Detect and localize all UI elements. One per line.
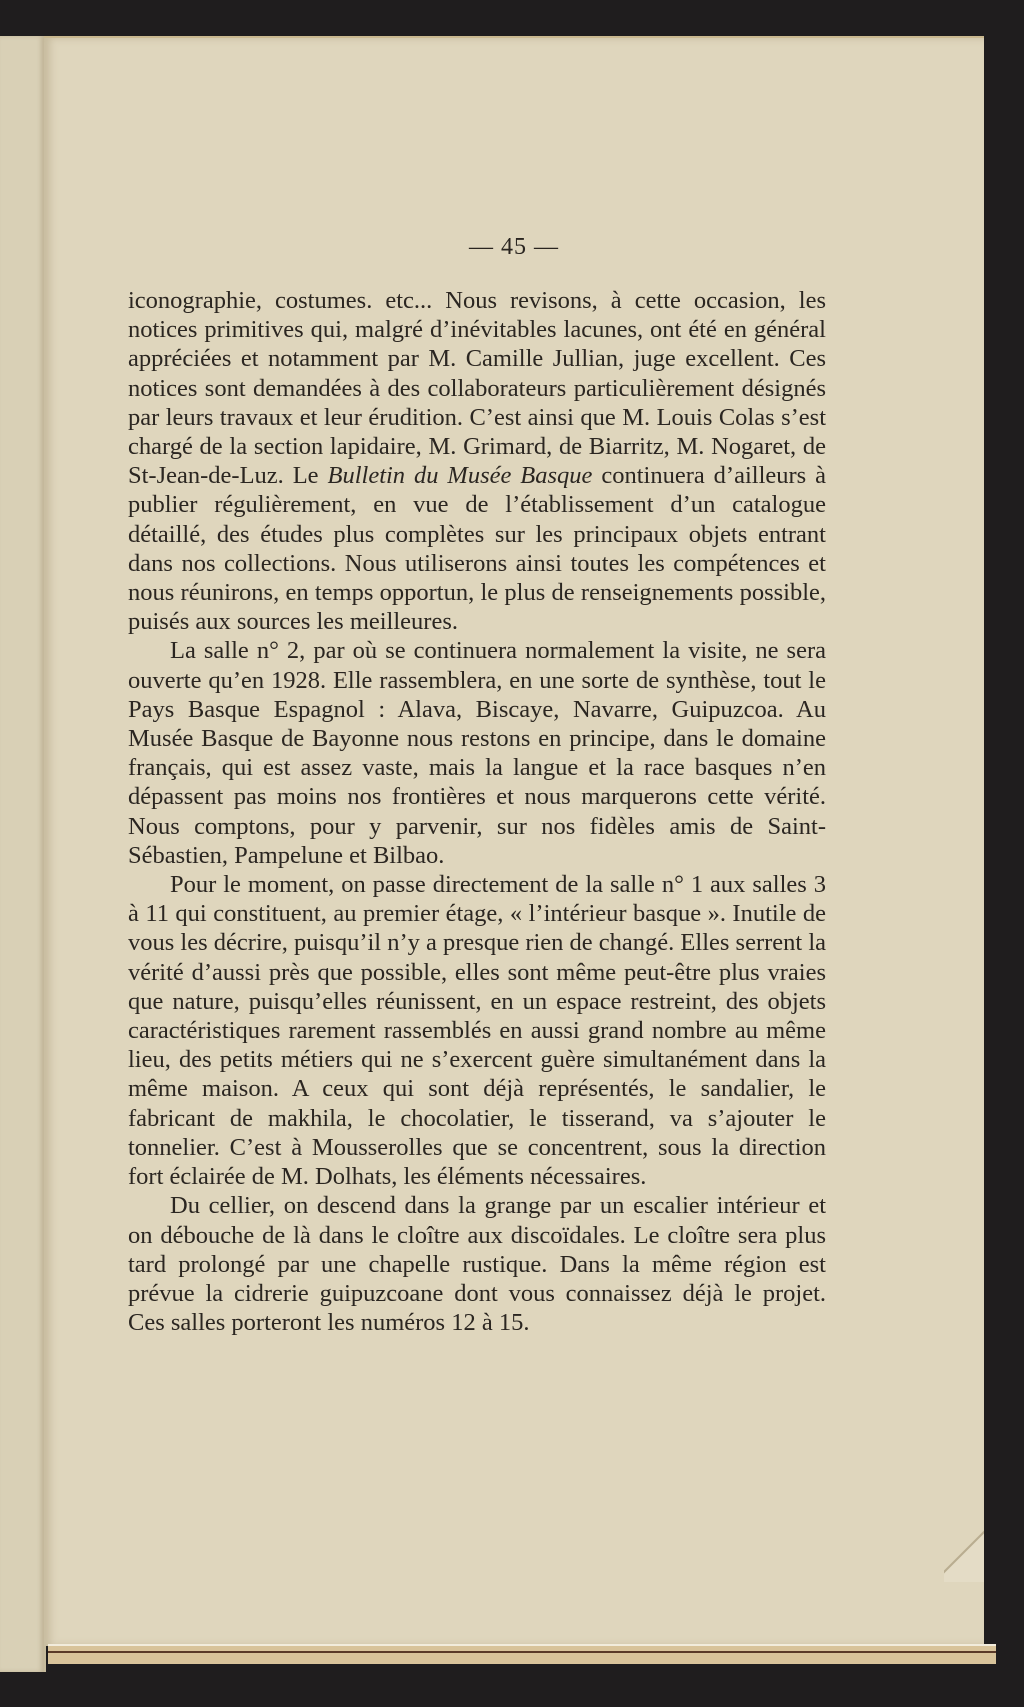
page-stack-edge	[48, 1644, 996, 1664]
facing-page-edge	[0, 36, 46, 1672]
bulletin-title-italic: Bulletin du Musée Basque	[327, 462, 592, 489]
body-text: iconographie, costumes. etc... Nous revi…	[128, 286, 826, 1337]
paragraph-3: Pour le moment, on passe directement de …	[128, 870, 826, 1191]
folded-corner	[944, 1522, 984, 1582]
paragraph-4: Du cellier, on descend dans la grange pa…	[128, 1191, 826, 1337]
book-page: — 45 — iconographie, costumes. etc... No…	[44, 36, 984, 1646]
paragraph-1-text-a: iconographie, costumes. etc... Nous revi…	[128, 287, 826, 489]
paragraph-1: iconographie, costumes. etc... Nous revi…	[128, 286, 826, 636]
page-number: — 45 —	[44, 234, 984, 261]
paragraph-2: La salle n° 2, par où se continuera norm…	[128, 636, 826, 870]
